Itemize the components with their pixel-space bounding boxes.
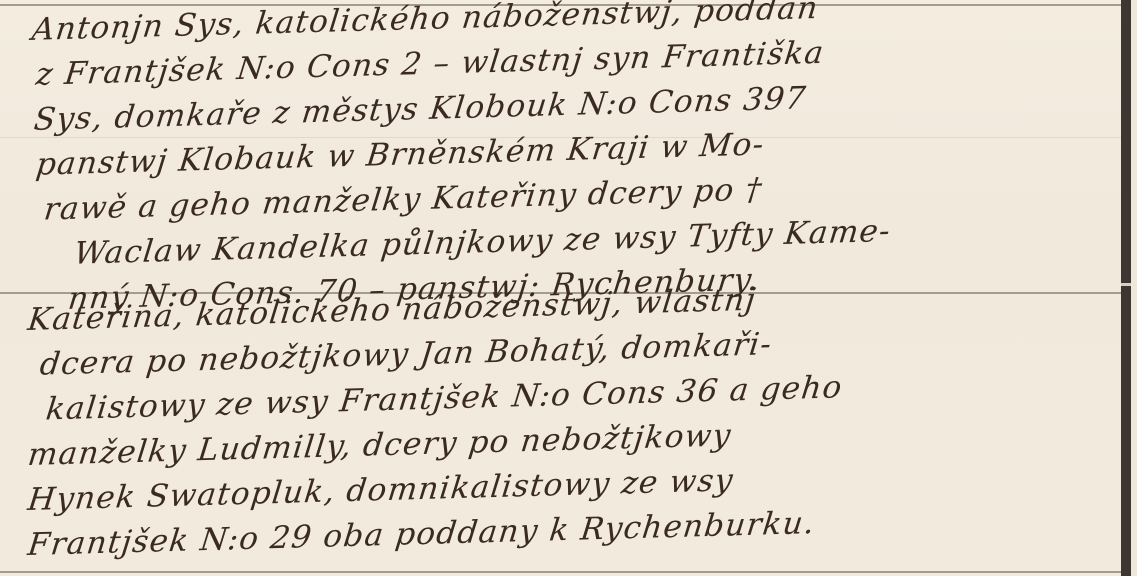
document-page: Antonjn Sys, katolického náboženstwj, po… (0, 0, 1137, 576)
ruled-line-bottom (0, 571, 1121, 573)
page-edge (1131, 0, 1137, 576)
column-border-right (1121, 0, 1131, 576)
border-joint (1121, 283, 1131, 286)
register-entry-bride: Kateřina, katolického náboženstwj, wlast… (28, 298, 1108, 568)
